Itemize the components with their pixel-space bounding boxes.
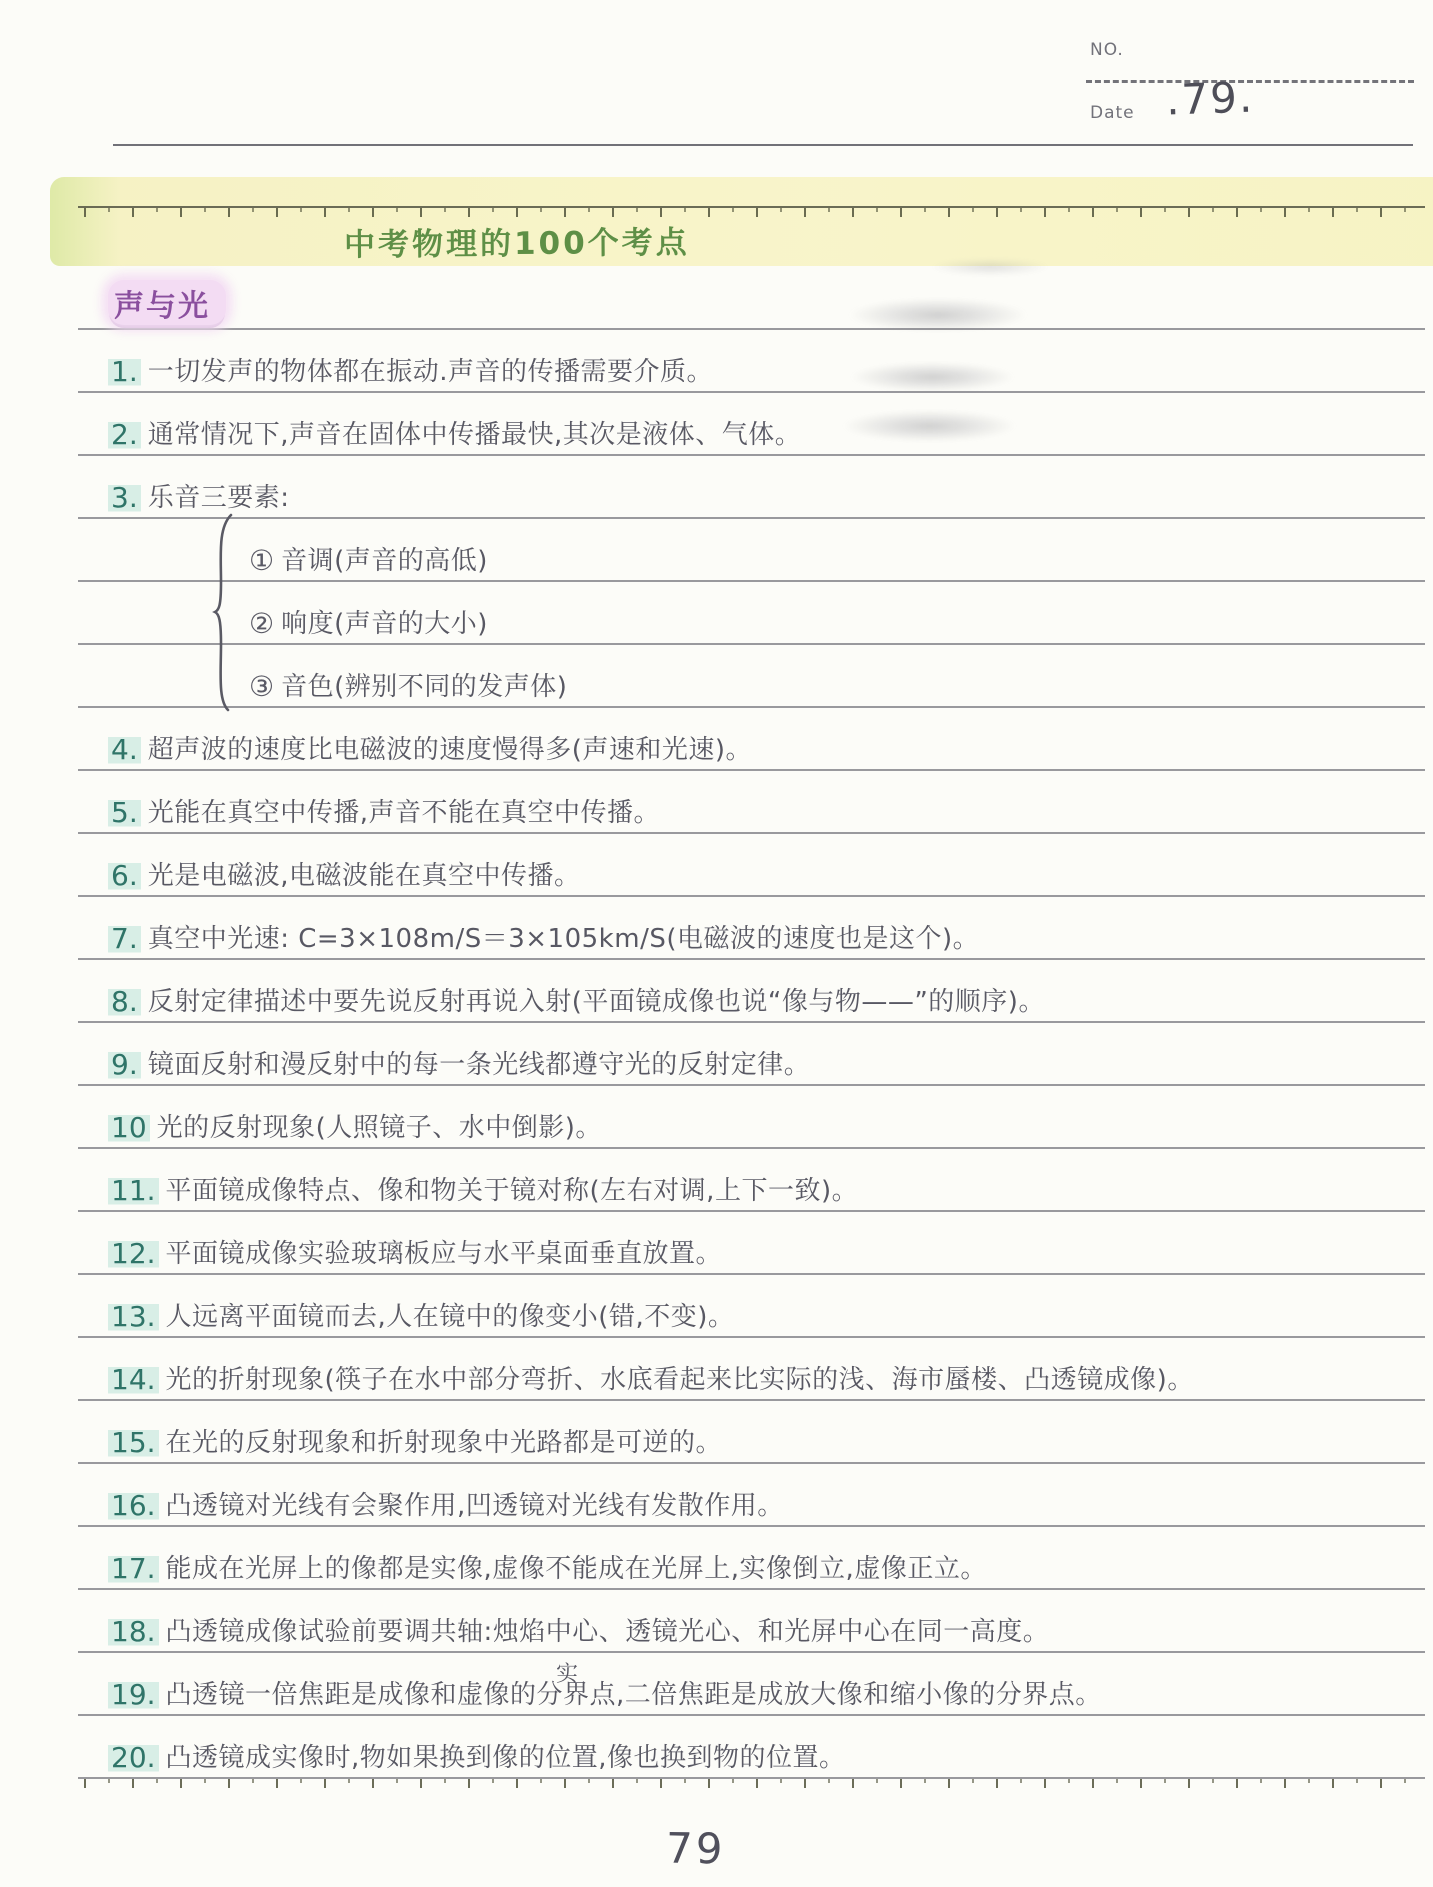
page-number: 79 xyxy=(666,1823,726,1873)
item-number: 14. xyxy=(108,1363,159,1396)
note-item-row: 8.反射定律描述中要先说反射再说入射(平面镜成像也说“像与物——”的顺序)。 xyxy=(78,960,1425,1023)
insert-annotation: 实 xyxy=(556,1657,578,1688)
note-item-row: 15.在光的反射现象和折射现象中光路都是可逆的。 xyxy=(78,1401,1425,1464)
item-text: 平面镜成像实验玻璃板应与水平桌面垂直放置。 xyxy=(166,1233,723,1270)
item-text: 凸透镜成实像时,物如果换到像的位置,像也换到物的位置。 xyxy=(166,1737,846,1774)
note-item-row: 19.凸透镜一倍焦距是成像和虚像的分界点,二倍焦距是成放大像和缩小像的分界点。实 xyxy=(78,1653,1425,1716)
item-number: ① xyxy=(246,544,277,577)
item-number: 4. xyxy=(108,733,141,766)
item-number: 10 xyxy=(108,1111,150,1144)
item-text: 人远离平面镜而去,人在镜中的像变小(错,不变)。 xyxy=(166,1296,735,1333)
item-number: 11. xyxy=(108,1174,159,1207)
page-title: 中考物理的100个考点 xyxy=(344,217,690,264)
note-item-row: 11.平面镜成像特点、像和物关于镜对称(左右对调,上下一致)。 xyxy=(78,1149,1425,1212)
item-number: 12. xyxy=(108,1237,159,1270)
item-number: 7. xyxy=(108,922,141,955)
item-text: 光能在真空中传播,声音不能在真空中传播。 xyxy=(148,792,660,829)
item-text: 乐音三要素: xyxy=(148,477,290,514)
item-text: 凸透镜对光线有会聚作用,凹透镜对光线有发散作用。 xyxy=(166,1485,784,1522)
date-label: Date xyxy=(1090,103,1135,123)
ruler-tick-line-top xyxy=(78,206,1425,221)
item-number: 3. xyxy=(108,481,141,514)
note-item-row: 6.光是电磁波,电磁波能在真空中传播。 xyxy=(78,834,1425,897)
note-item-row: 9.镜面反射和漫反射中的每一条光线都遵守光的反射定律。 xyxy=(78,1023,1425,1086)
note-item-row: 13.人远离平面镜而去,人在镜中的像变小(错,不变)。 xyxy=(78,1275,1425,1338)
section-title: 声与光 xyxy=(108,280,226,325)
item-text: 响度(声音的大小) xyxy=(281,603,488,640)
item-text: 音调(声音的高低) xyxy=(281,540,488,577)
note-item-row: 17.能成在光屏上的像都是实像,虚像不能成在光屏上,实像倒立,虚像正立。 xyxy=(78,1527,1425,1590)
item-text: 镜面反射和漫反射中的每一条光线都遵守光的反射定律。 xyxy=(148,1044,811,1081)
sub-item-row: ③音色(辨别不同的发声体) xyxy=(78,645,1425,708)
note-item-row: 10光的反射现象(人照镜子、水中倒影)。 xyxy=(78,1086,1425,1149)
item-number: 8. xyxy=(108,985,141,1018)
item-number: 16. xyxy=(108,1489,159,1522)
item-text: 反射定律描述中要先说反射再说入射(平面镜成像也说“像与物——”的顺序)。 xyxy=(148,981,1045,1018)
item-text: 光是电磁波,电磁波能在真空中传播。 xyxy=(148,855,581,892)
item-number: 9. xyxy=(108,1048,141,1081)
item-text: 通常情况下,声音在固体中传播最快,其次是液体、气体。 xyxy=(148,414,802,451)
item-text: 音色(辨别不同的发声体) xyxy=(281,666,567,703)
note-item-row: 5.光能在真空中传播,声音不能在真空中传播。 xyxy=(78,771,1425,834)
header-rule-line xyxy=(113,144,1413,146)
note-item-row: 16.凸透镜对光线有会聚作用,凹透镜对光线有发散作用。 xyxy=(78,1464,1425,1527)
item-number: 6. xyxy=(108,859,141,892)
item-text: 在光的反射现象和折射现象中光路都是可逆的。 xyxy=(166,1422,723,1459)
ruler-tick-line-bottom xyxy=(78,1779,1425,1792)
item-text: 光的折射现象(筷子在水中部分弯折、水底看起来比实际的浅、海市蜃楼、凸透镜成像)。 xyxy=(166,1359,1194,1396)
item-number: ② xyxy=(246,607,277,640)
item-text: 能成在光屏上的像都是实像,虚像不能成在光屏上,实像倒立,虚像正立。 xyxy=(166,1548,987,1585)
note-item-row: 4.超声波的速度比电磁波的速度慢得多(声速和光速)。 xyxy=(78,708,1425,771)
sub-item-row: ②响度(声音的大小) xyxy=(78,582,1425,645)
note-item-row: 7.真空中光速: C=3×108m/S＝3×105km/S(电磁波的速度也是这个… xyxy=(78,897,1425,960)
item-number: ③ xyxy=(246,670,277,703)
note-item-row: 3.乐音三要素: xyxy=(78,456,1425,519)
item-number: 15. xyxy=(108,1426,159,1459)
note-item-row: 1.一切发声的物体都在振动.声音的传播需要介质。 xyxy=(78,330,1425,393)
notebook-page: NO. Date .79. 中考物理的100个考点 声与光1.一切发声的物体都在… xyxy=(0,0,1433,1887)
brace-curve xyxy=(207,512,237,714)
item-number: 19. xyxy=(108,1678,159,1711)
item-text: 光的反射现象(人照镜子、水中倒影)。 xyxy=(157,1107,602,1144)
note-item-row: 2.通常情况下,声音在固体中传播最快,其次是液体、气体。 xyxy=(78,393,1425,456)
note-item-row: 18.凸透镜成像试验前要调共轴:烛焰中心、透镜光心、和光屏中心在同一高度。 xyxy=(78,1590,1425,1653)
item-text: 平面镜成像特点、像和物关于镜对称(左右对调,上下一致)。 xyxy=(166,1170,859,1207)
no-label: NO. xyxy=(1090,40,1124,60)
item-number: 17. xyxy=(108,1552,159,1585)
note-item-row: 14.光的折射现象(筷子在水中部分弯折、水底看起来比实际的浅、海市蜃楼、凸透镜成… xyxy=(78,1338,1425,1401)
note-item-row: 20.凸透镜成实像时,物如果换到像的位置,像也换到物的位置。 xyxy=(78,1716,1425,1779)
item-number: 13. xyxy=(108,1300,159,1333)
yellow-highlighter-band xyxy=(50,177,1433,266)
note-item-row: 12.平面镜成像实验玻璃板应与水平桌面垂直放置。 xyxy=(78,1212,1425,1275)
item-text: 一切发声的物体都在振动.声音的传播需要介质。 xyxy=(148,351,713,388)
item-text: 超声波的速度比电磁波的速度慢得多(声速和光速)。 xyxy=(148,729,752,766)
item-number: 20. xyxy=(108,1741,159,1774)
section-row: 声与光 xyxy=(78,267,1425,330)
sub-item-row: ①音调(声音的高低) xyxy=(78,519,1425,582)
item-text: 凸透镜一倍焦距是成像和虚像的分界点,二倍焦距是成放大像和缩小像的分界点。 xyxy=(166,1674,1102,1711)
item-text: 真空中光速: C=3×108m/S＝3×105km/S(电磁波的速度也是这个)。 xyxy=(148,918,979,955)
date-handwritten-value: .79. xyxy=(1165,72,1255,124)
item-number: 2. xyxy=(108,418,141,451)
item-number: 18. xyxy=(108,1615,159,1648)
item-text: 凸透镜成像试验前要调共轴:烛焰中心、透镜光心、和光屏中心在同一高度。 xyxy=(166,1611,1050,1648)
item-number: 1. xyxy=(108,355,141,388)
item-number: 5. xyxy=(108,796,141,829)
notes-rows: 声与光1.一切发声的物体都在振动.声音的传播需要介质。2.通常情况下,声音在固体… xyxy=(78,267,1425,1779)
